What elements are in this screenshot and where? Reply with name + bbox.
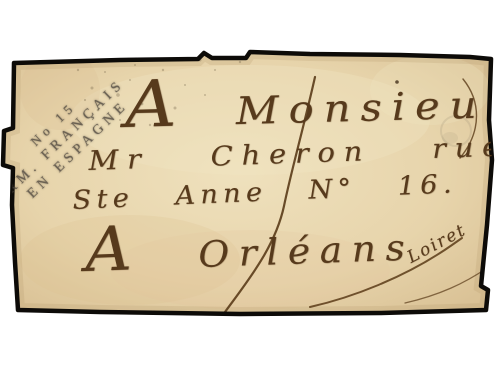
loiret-annotation: Loiret	[404, 220, 470, 268]
address-line-4: A Orléans	[84, 209, 415, 282]
address-line-3: Ste Anne N° 16.	[72, 171, 457, 214]
photographed-postal-cover: No 15 RM. FRANÇAIS EN ESPAGNE A Monsieur…	[0, 0, 500, 375]
address-line-1: A Monsieur	[124, 64, 500, 139]
